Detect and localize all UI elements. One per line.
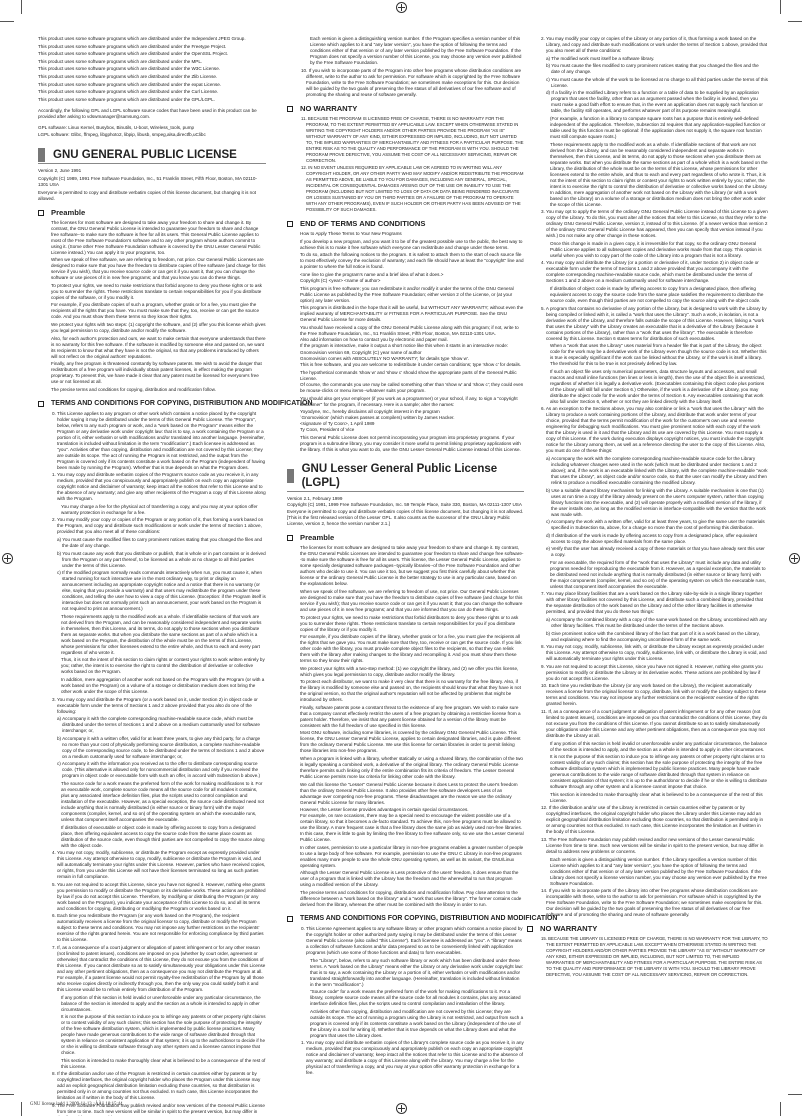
crop-mark [788,1094,802,1095]
paragraph: This General Public License does not per… [300,435,524,453]
term: 5. You are not required to accept this L… [51,882,266,912]
term: If distribution of object code is made b… [540,286,768,304]
term: 6. Each time you redistribute the Progra… [51,913,266,943]
term: 7. If, as a consequence of a court judgm… [51,945,266,993]
term: For an executable, the required form of … [540,560,768,590]
term: a) Accompany the work with the complete … [540,456,768,486]
term: 3. You may copy and distribute the Progr… [51,697,266,715]
term: e) Verify that the user has already rece… [540,546,768,558]
checkbox-bullet-icon [287,535,293,541]
checkbox-bullet-icon [38,210,44,216]
checkbox-bullet-icon [287,916,293,922]
term: Each version is given a distinguishing v… [540,857,768,887]
term: Thus, it is not the intent of this secti… [51,657,266,675]
term: c) Accompany the work with a written off… [540,519,768,531]
term: You may charge a fee for the physical ac… [51,504,266,516]
term: Activities other than copying, distribut… [300,1009,524,1039]
intro-accordingly: Accordingly, the following GPL and LGPL … [38,108,266,120]
term: 2. You may modify your copy or copies of… [51,517,266,535]
term: It is not the purpose of this section to… [540,754,768,790]
term: c) You must cause the whole of the work … [540,77,768,89]
gpl-copyright: Copyright (C) 1989, 1991 Free Software F… [38,176,266,188]
registration-mark-icon [2,553,13,564]
paragraph: We protect your rights with a two-step m… [300,666,524,678]
heading-text: Preamble [51,208,85,218]
registration-mark-icon [396,1103,407,1114]
term: 1. You may copy and distribute verbatim … [51,472,266,502]
term: a) Accompany it with the complete corres… [51,716,266,734]
term: 11. BECAUSE THE PROGRAM IS LICENSED FREE… [300,116,524,164]
heading-bar [38,148,45,162]
term: a) The modified work must itself be a so… [540,56,768,62]
checkbox-bullet-icon [287,221,293,227]
paragraph: Most GNU software, including some librar… [300,730,524,754]
heading-text: END OF TERMS AND CONDITIONS [300,219,425,229]
paragraph: Of course, the commands you use may be c… [300,382,524,394]
paragraph: In other cases, permission to use a part… [300,845,524,869]
term: b) Give prominent notice with the combin… [540,631,768,643]
lgpl-preamble-body: The licenses for most software are desig… [300,545,524,908]
paragraph: Finally, any free program is threatened … [51,361,266,385]
heading-bar [287,469,294,483]
gpl-terms-continued: Each version is given a distinguishing v… [300,36,524,98]
term: b) Use a suitable shared library mechani… [540,488,768,518]
term: (For example, a function in a library to… [540,116,768,140]
crop-mark [21,0,22,14]
term: d) If distribution of the work is made b… [540,533,768,545]
term: The source code for a work means the pre… [51,781,266,823]
term: 13. The Free Software Foundation may pub… [540,837,768,855]
term: 8. If the distribution and/or use of the… [51,1071,266,1101]
term: b) Accompany it with a written offer, va… [51,736,266,760]
crop-mark [0,21,14,22]
term: 12. IN NO EVENT UNLESS REQUIRED BY APPLI… [300,165,524,213]
registration-mark-icon [396,2,407,13]
gpl-terms-body: 0. This License applies to any program o… [38,411,266,1116]
gpl-title: GNU GENERAL PUBLIC LICENSE [38,148,266,164]
term: 1. You may copy and distribute verbatim … [300,1040,524,1076]
lgpl-title-text: GNU Lesser General Public License (LGPL) [302,462,524,490]
paragraph: Ty Coon, President of Vice [300,427,524,433]
term: 8. You may not copy, modify, sublicense,… [540,644,768,662]
intro-line: This product uses some software programs… [38,97,266,103]
intro-line: This product uses some software programs… [38,66,266,72]
heading-text: NO WARRANTY [300,104,357,114]
registration-mark-icon [789,553,800,564]
term: These requirements apply to the modified… [51,614,266,656]
term: 9. You are not required to accept this L… [540,664,768,682]
checkbox-bullet-icon [287,106,293,112]
paragraph: You should have received a copy of the G… [300,325,524,337]
heading-text: TERMS AND CONDITIONS FOR COPYING, DISTRI… [300,914,557,924]
lgpl-copyright: Copyright (C) 1991, 1999 Free Software F… [287,502,524,508]
paragraph: This program is free software; you can r… [300,286,524,304]
lgpl-terms-continued: 2. You may modify your copy or copies of… [540,36,768,918]
paragraph: This program is distributed in the hope … [300,305,524,323]
paragraph: Although the Lesser General Public Licen… [300,870,524,888]
paragraph: We protect your rights with two steps: (… [51,322,266,334]
term: 10. If you wish to incorporate parts of … [300,68,524,98]
paragraph: Finally, software patents pose a constan… [300,705,524,729]
paragraph: To protect each distributor, we want to … [300,679,524,703]
paragraph: The licenses for most software are desig… [51,220,266,256]
heading-text: TERMS AND CONDITIONS FOR COPYING, DISTRI… [51,399,312,409]
gpl-end-heading: END OF TERMS AND CONDITIONS [287,219,524,229]
lgpl-title: GNU Lesser General Public License (LGPL) [287,462,524,492]
gpl-nowarranty-body: 11. BECAUSE THE PROGRAM IS LICENSED FREE… [300,116,524,214]
term: a) You must cause the modified files to … [51,537,266,549]
paragraph: Copyright (C) <year> <name of author> [300,278,524,284]
paragraph: This is free software, and you are welco… [300,362,524,368]
checkbox-bullet-icon [38,401,44,407]
term: The "Library", below, refers to any such… [300,958,524,988]
gpl-preamble-body: The licenses for most software are desig… [38,220,266,393]
lgpl-nowarranty-heading: NO WARRANTY [527,924,768,934]
gpl-version: Version 2, June 1991 [38,168,266,174]
gpl-nowarranty-heading: NO WARRANTY [287,104,524,114]
term: "Source code" for a work means the prefe… [300,989,524,1007]
term: These requirements apply to the modified… [540,142,768,208]
term: If any portion of this section is held i… [51,995,266,1013]
paragraph: How to Apply These Terms to Your New Pro… [300,231,524,237]
intro-line: This product uses some software programs… [38,44,266,50]
paragraph: To do so, attach the following notices t… [300,252,524,270]
term: c) If the modified program normally read… [51,570,266,612]
crop-mark [21,1102,22,1116]
term: If any portion of this section is held i… [540,741,768,753]
paragraph: When we speak of free software, we are r… [300,589,524,613]
lgpl-header-info: Version 2.1, February 1999 Copyright (C)… [287,496,524,528]
intro-line: This product uses some software programs… [38,51,266,57]
intro-line: This product uses some software programs… [38,89,266,95]
term: In addition, mere aggregation of another… [51,677,266,695]
term: a) Accompany the combined library with a… [540,617,768,629]
term: If distribution of executable or object … [51,825,266,849]
term: 5. A program that contains no derivative… [540,306,768,342]
crop-mark [780,1102,781,1116]
crop-mark [0,1094,14,1095]
term: 11. If, as a consequence of a court judg… [540,709,768,739]
intro-block: This product uses some software programs… [38,36,266,138]
paragraph: Also, for each author's protection and o… [51,336,266,360]
term: This section is intended to make thoroug… [51,1058,266,1070]
crop-mark [788,21,802,22]
term: 7. You may place library facilities that… [540,591,768,615]
term: When a "work that uses the Library" uses… [540,343,768,367]
column-left: This product uses some software programs… [38,36,266,1116]
term: 3. You may opt to apply the terms of the… [540,209,768,239]
gpl-title-text: GNU GENERAL PUBLIC LICENSE [53,148,237,162]
gpl-everyone: Everyone is permitted to copy and distri… [38,190,266,202]
term: b) You must cause any work that you dist… [51,551,266,569]
gpl-software-list: GPL software: Linux Kernel, Busybox, Bin… [38,125,266,131]
gpl-preamble-heading: Preamble [38,208,266,218]
paragraph: When we speak of free software, we are r… [51,257,266,281]
column-middle: Each version is given a distinguishing v… [300,36,524,1078]
term: 0. This License applies to any program o… [51,411,266,471]
gpl-terms-heading: TERMS AND CONDITIONS FOR COPYING, DISTRI… [38,399,266,409]
term: b) You must cause the files modified to … [540,63,768,75]
term: Once this change is made in a given copy… [540,241,768,259]
term: 4. You may copy and distribute the Libra… [540,260,768,284]
term: 14. If you wish to incorporate parts of … [540,888,768,918]
paragraph: The precise terms and conditions for cop… [51,387,266,393]
paragraph: You should also get your employer (if yo… [300,396,524,408]
term: 6. As an exception to the Sections above… [540,406,768,454]
heading-text: Preamble [300,533,334,543]
paragraph: For example, if you distribute copies of… [300,634,524,664]
intro-line: This product uses some software programs… [38,74,266,80]
lgpl-terms-body: 0. This License Agreement applies to any… [300,926,524,1076]
paragraph: The hypothetical commands 'show w' and '… [300,370,524,382]
paragraph: To protect your rights, we need to make … [300,615,524,633]
term: c) Accompany it with the information you… [51,761,266,779]
crop-mark [780,0,781,14]
print-slug: GNU license.indd 1 2009-11-13 ¿ÀÀü 10:15… [30,1102,123,1107]
gpl-end-body: How to Apply These Terms to Your New Pro… [300,231,524,453]
lgpl-preamble-heading: Preamble [287,533,524,543]
paragraph: We call this license the "Lesser" Genera… [300,782,524,806]
intro-line: This product uses some software programs… [38,36,266,42]
lgpl-nowarranty-body: 15. BECAUSE THE LIBRARY IS LICENSED FREE… [540,936,768,978]
term: This section is intended to make thoroug… [540,792,768,804]
term: 0. This License Agreement applies to any… [300,926,524,956]
term: Each version is given a distinguishing v… [300,36,524,66]
lgpl-software-list: LGPL software: Glibc, ffmpeg, libgphoto2… [38,132,266,138]
heading-text: NO WARRANTY [540,924,597,934]
term: It is not the purpose of this section to… [51,1014,266,1056]
term: 4. You may not copy, modify, sublicense,… [51,850,266,880]
paragraph: If you develop a new program, and you wa… [300,239,524,251]
term: 10. Each time you redistribute the Libra… [540,683,768,707]
column-right: 2. You may modify your copy or copies of… [540,36,768,980]
paragraph: For example, if you distribute copies of… [51,302,266,320]
intro-line: This product uses some software programs… [38,82,266,88]
checkbox-bullet-icon [527,926,533,932]
paragraph: When a program is linked with a library,… [300,756,524,780]
term: 2. You may modify your copy or copies of… [540,36,768,54]
paragraph: If the program is interactive, make it o… [300,343,524,349]
lgpl-terms-heading: TERMS AND CONDITIONS FOR COPYING, DISTRI… [287,914,524,924]
paragraph: For example, on rare occasions, there ma… [300,813,524,843]
lgpl-note: [This is the first released version of t… [287,515,524,527]
term: If such an object file uses only numeric… [540,369,768,405]
paragraph: The licenses for most software are desig… [300,545,524,587]
term: 12. If the distribution and/or use of th… [540,805,768,835]
term: 15. BECAUSE THE LIBRARY IS LICENSED FREE… [540,936,768,978]
paragraph: The precise terms and conditions for cop… [300,890,524,908]
term: d) If a facility in the modified Library… [540,90,768,114]
intro-line: This product uses some software programs… [38,59,266,65]
paragraph: To protect your rights, we need to make … [51,283,266,301]
